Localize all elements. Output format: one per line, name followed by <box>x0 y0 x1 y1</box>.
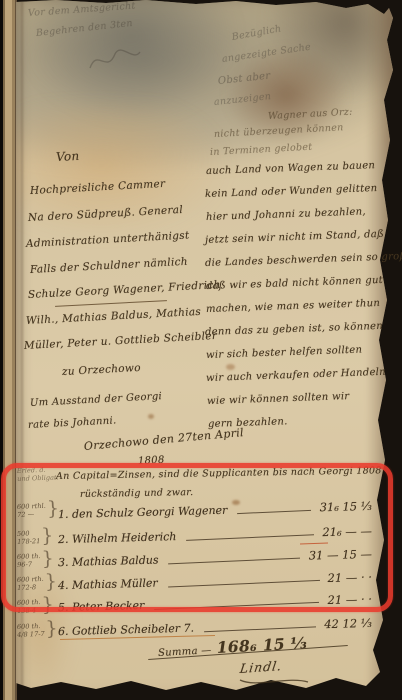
debtor-name: Mathias Müller <box>72 577 158 592</box>
dash-leader <box>204 626 316 632</box>
row-number: 6. <box>58 625 69 638</box>
amount: 21 — · · <box>327 592 372 607</box>
amount: 21₆ — — <box>322 524 372 539</box>
margin-brace: } <box>41 548 54 572</box>
signature: Lindl. <box>239 658 283 676</box>
row-number: 3. <box>58 556 69 569</box>
row-number: 4. <box>58 579 69 592</box>
margin-brace: } <box>41 594 54 618</box>
row-number: 1. <box>58 508 69 521</box>
debtor-name: den Schulz Georgi Wagener <box>72 504 228 521</box>
book-spine <box>0 0 17 700</box>
debtor-name: Peter Becker <box>72 599 145 614</box>
dash-leader <box>186 534 314 541</box>
margin-brace: } <box>41 525 54 549</box>
dateline-year: 1808 <box>138 455 165 467</box>
amount: 31 — 15 — <box>309 547 373 563</box>
ink-speck-3 <box>226 364 235 370</box>
summa-label: Summa — <box>158 645 212 659</box>
debtor-name: Gottlieb Scheibeler 7. <box>72 622 194 638</box>
amount: 31₆ 15 ⅓ <box>319 499 372 514</box>
margin-brace: } <box>45 617 58 641</box>
margin-brace: } <box>44 570 57 594</box>
row-number: 2. <box>58 533 69 546</box>
dash-leader <box>154 602 319 610</box>
dash-leader <box>237 510 311 514</box>
petition-salutation: Von <box>56 149 80 164</box>
manuscript-scan: { "colors": { "annotation_red": "#e93a2c… <box>0 0 402 700</box>
dash-leader <box>169 558 301 565</box>
dash-leader <box>168 580 320 588</box>
ink-speck-2 <box>148 414 154 419</box>
arrears-heading2: rückständig und zwar. <box>80 487 194 500</box>
debtor-name: Wilhelm Heiderich <box>72 530 177 546</box>
debtor-name: Mathias Baldus <box>72 553 159 568</box>
amount: 21 — · · <box>327 570 372 585</box>
amount: 42 12 ⅓ <box>324 616 372 631</box>
row-number: 5. <box>58 601 69 614</box>
